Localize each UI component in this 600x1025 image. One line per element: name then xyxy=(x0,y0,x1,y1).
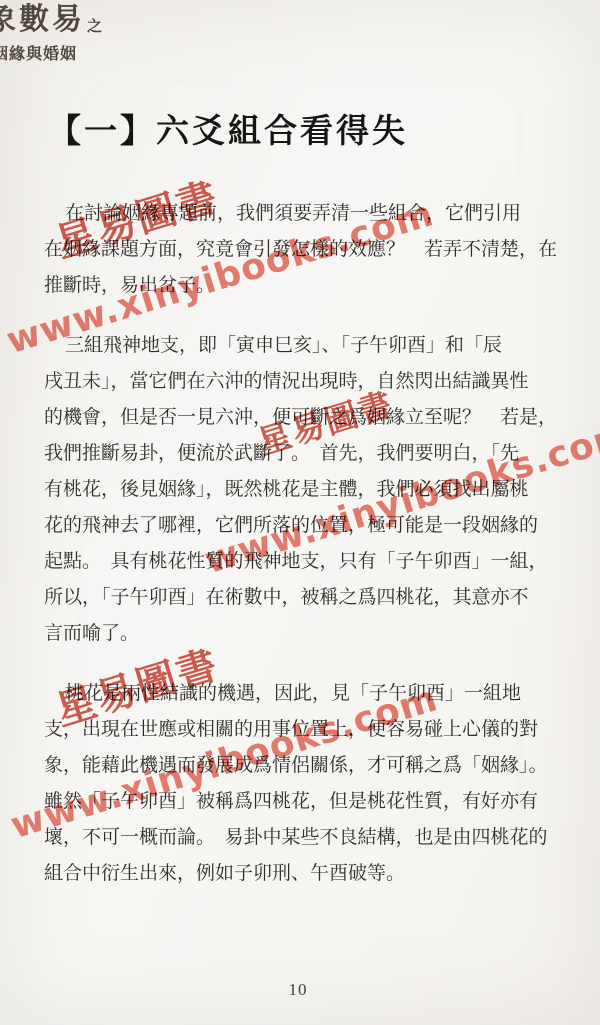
text-line: 支，出現在世應或相關的用事位置上，便容易碰上心儀的對 xyxy=(44,712,564,748)
text-line: 起點。 具有桃花性質的飛神地支，只有「子午卯酉」一組， xyxy=(44,544,564,580)
text-line: 有桃花，後見姻緣」，既然桃花是主體，我們必須找出屬桃 xyxy=(44,472,564,508)
series-title-connector: 之 xyxy=(87,19,102,35)
paragraph: 桃花是兩性結識的機遇，因此，見「子午卯酉」一組地 支，出現在世應或相關的用事位置… xyxy=(44,676,564,892)
text-line: 在討論姻緣專題前，我們須要弄清一些組合，它們引用 xyxy=(44,196,564,232)
book-page: 象數易之 姻緣與婚姻 【一】六爻組合看得失 在討論姻緣專題前，我們須要弄清一些組… xyxy=(0,0,600,1025)
text-line: 在姻緣課題方面，究竟會引發怎樣的效應？ 若弄不清楚，在 xyxy=(44,232,564,268)
series-title-line: 象數易之 xyxy=(0,2,102,45)
text-line: 花的飛神去了哪裡，它們所落的位置，極可能是一段姻緣的 xyxy=(44,508,564,544)
text-line: 所以，「子午卯酉」在術數中，被稱之爲四桃花，其意亦不 xyxy=(44,580,564,616)
page-number: 10 xyxy=(276,980,320,1000)
text-line: 壞，不可一概而論。 易卦中某些不良結構，也是由四桃花的 xyxy=(44,820,564,856)
text-line: 我們推斷易卦，便流於武斷了。 首先，我們要明白，「先 xyxy=(44,436,564,472)
chapter-heading: 【一】六爻組合看得失 xyxy=(48,105,408,152)
text-line: 雖然「子午卯酉」被稱爲四桃花，但是桃花性質，有好亦有 xyxy=(44,784,564,820)
text-line: 戌丑未」，當它們在六沖的情況出現時，自然閃出結識異性 xyxy=(44,364,564,400)
book-title: 象數易之 姻緣與婚姻 xyxy=(0,2,102,65)
page-content: 在討論姻緣專題前，我們須要弄清一些組合，它們引用 在姻緣課題方面，究竟會引發怎樣… xyxy=(44,196,564,916)
text-line: 言而喻了。 xyxy=(44,616,564,652)
text-line: 三組飛神地支，即「寅申巳亥」、「子午卯酉」和「辰 xyxy=(44,328,564,364)
text-line: 象，能藉此機遇而發展成爲情侶關係，才可稱之爲「姻緣」。 xyxy=(44,748,564,784)
text-line: 桃花是兩性結識的機遇，因此，見「子午卯酉」一組地 xyxy=(44,676,564,712)
text-line: 組合中衍生出來，例如子卯刑、午酉破等。 xyxy=(44,856,564,892)
paragraph: 在討論姻緣專題前，我們須要弄清一些組合，它們引用 在姻緣課題方面，究竟會引發怎樣… xyxy=(44,196,564,304)
paragraph: 三組飛神地支，即「寅申巳亥」、「子午卯酉」和「辰 戌丑未」，當它們在六沖的情況出… xyxy=(44,328,564,652)
text-line: 推斷時，易出岔子。 xyxy=(44,268,564,304)
text-line: 的機會，但是否一見六沖，便可斷之爲姻緣立至呢？ 若是， xyxy=(44,400,564,436)
book-subtitle: 姻緣與婚姻 xyxy=(0,45,102,65)
series-title: 象數易 xyxy=(0,3,85,36)
